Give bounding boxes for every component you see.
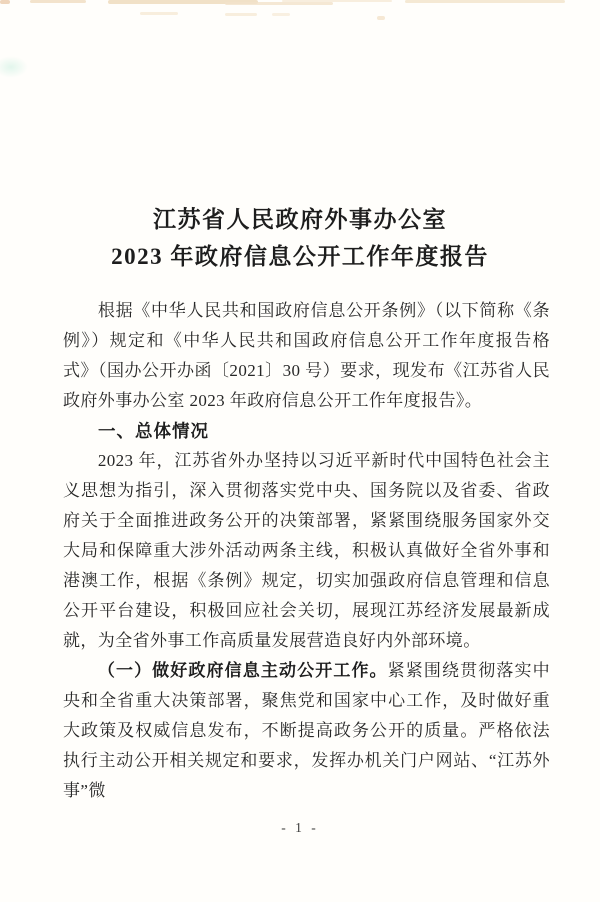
scan-artifact-top-streak [108,0,258,4]
scan-artifact-top-streak [140,12,178,15]
document-body: 根据《中华人民共和国政府信息公开条例》（以下简称《条例》）规定和《中华人民共和国… [63,296,550,806]
paragraph-overall-situation: 2023 年，江苏省外办坚持以习近平新时代中国特色社会主义思想为指引，深入贯彻落… [63,446,550,656]
scan-artifact-top-streak [272,13,290,16]
document-title-line2: 2023 年政府信息公开工作年度报告 [0,238,600,275]
scanned-document-page: 江苏省人民政府外事办公室 2023 年政府信息公开工作年度报告 根据《中华人民共… [0,0,600,902]
page-number: - 1 - [0,820,600,836]
scan-artifact-smudge [0,56,28,78]
paragraph-lead-bold: （一）做好政府信息主动公开工作。 [98,661,388,680]
section-heading-overall-situation: 一、总体情况 [63,416,550,446]
scan-artifact-top-streak [0,0,10,4]
document-title-line1: 江苏省人民政府外事办公室 [0,201,600,238]
scan-artifact-top-streak [377,16,385,20]
scan-artifact-top-streak [405,0,565,3]
scan-artifact-top-streak [282,0,392,2]
paragraph-proactive-disclosure: （一）做好政府信息主动公开工作。紧紧围绕贯彻落实中央和全省重大决策部署，聚焦党和… [63,656,550,806]
scan-artifact-top-streak [225,2,333,5]
document-title: 江苏省人民政府外事办公室 2023 年政府信息公开工作年度报告 [0,201,600,275]
paragraph-intro: 根据《中华人民共和国政府信息公开条例》（以下简称《条例》）规定和《中华人民共和国… [63,296,550,416]
scan-artifact-top-streak [225,13,257,16]
paragraph-continuation: 紧紧围绕贯彻落实中央和全省重大决策部署，聚焦党和国家中心工作，及时做好重大政策及… [63,661,550,800]
scan-artifact-top-streak [30,0,86,3]
